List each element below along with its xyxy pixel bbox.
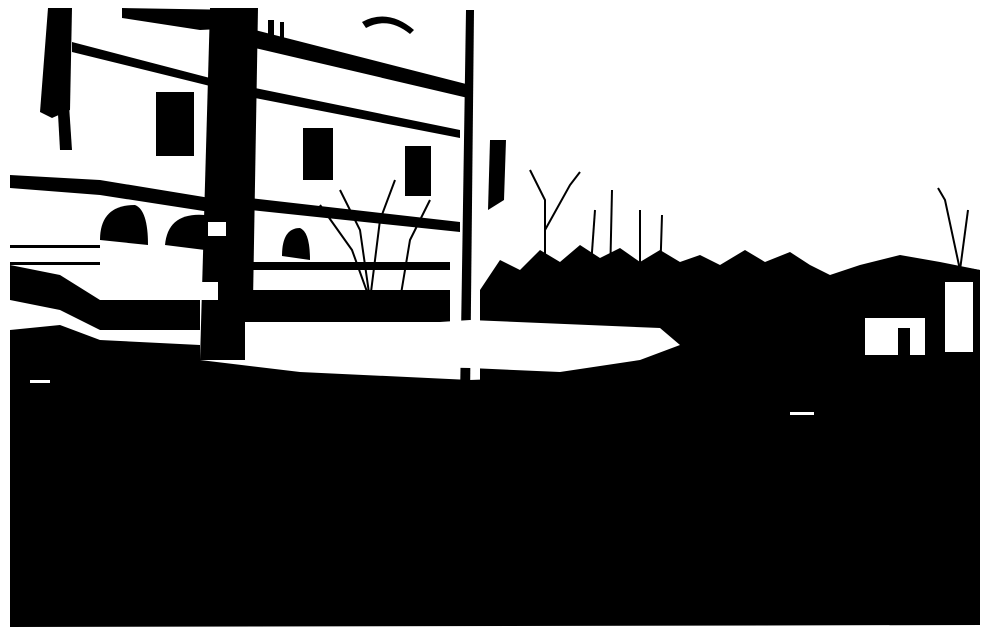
pole-sign	[208, 222, 226, 236]
border-right	[980, 0, 984, 635]
border-bottom	[0, 627, 984, 635]
pole-sign	[196, 282, 218, 300]
utility-pole	[200, 8, 258, 360]
pole-bracket	[488, 140, 506, 210]
border-left	[0, 300, 9, 635]
bw-photograph	[0, 0, 984, 635]
ground-highlight	[790, 412, 814, 415]
dark-foreground	[10, 355, 980, 627]
ground-highlight	[30, 380, 50, 383]
